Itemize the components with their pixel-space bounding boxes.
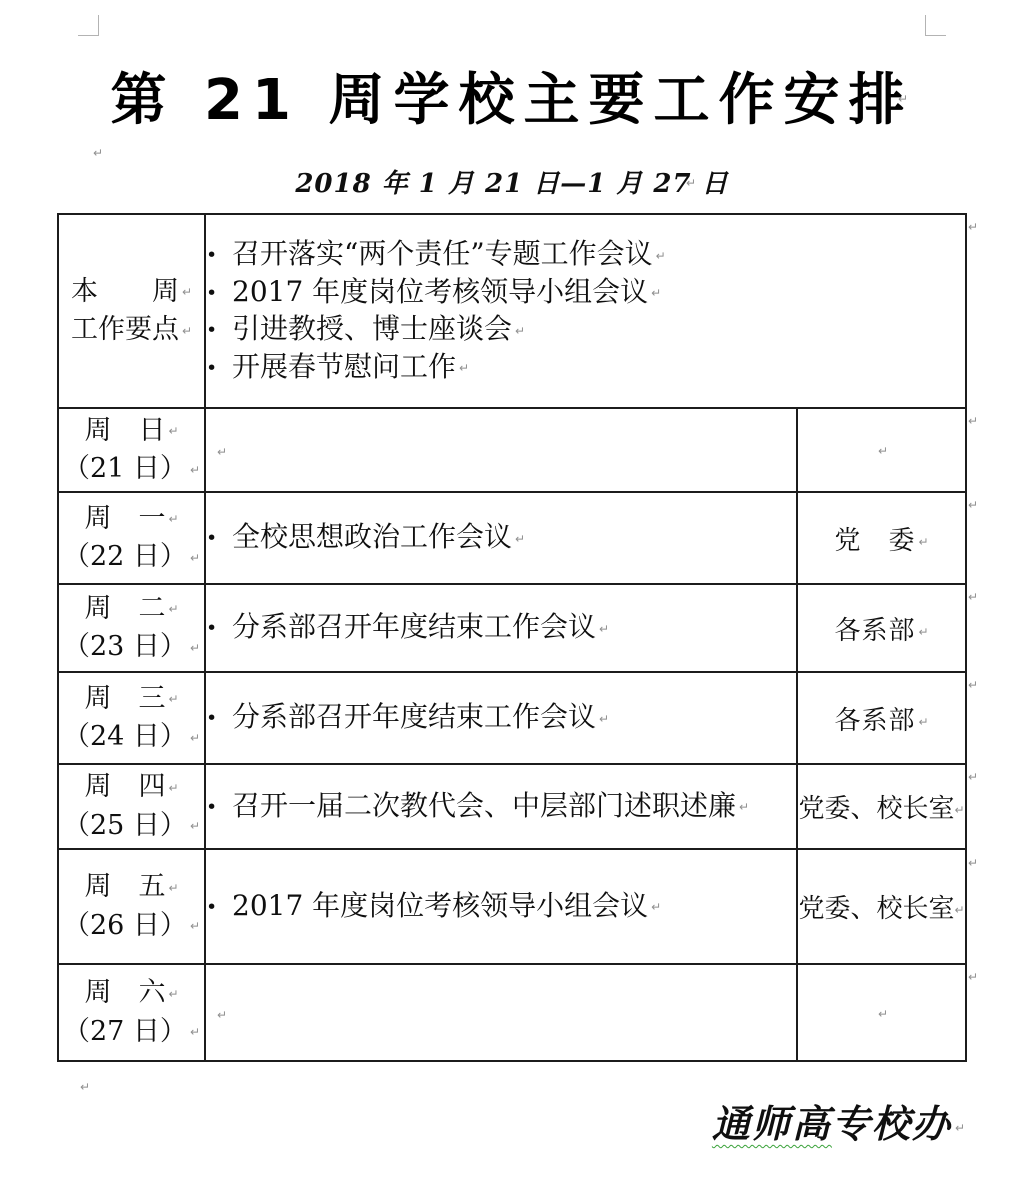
- bullet-icon: •: [206, 350, 232, 386]
- page-title: 第 21 周学校主要工作安排: [0, 56, 1024, 136]
- page-margin-mark-top-right: [925, 15, 946, 36]
- paragraph-mark: ↵: [968, 770, 978, 784]
- task-text: 分系部召开年度结束工作会议: [232, 700, 596, 733]
- day-date: （23 日）: [63, 631, 187, 662]
- bullet-icon: •: [206, 698, 232, 738]
- day-name: 周 二: [84, 593, 165, 624]
- paragraph-mark: ↵: [168, 512, 178, 526]
- paragraph-mark: ↵: [878, 1007, 888, 1021]
- paragraph-mark: ↵: [686, 176, 696, 190]
- day-label-cell: 周 六↵ （27 日）↵: [58, 964, 205, 1061]
- summary-label-cell: 本 周↵ 工作要点↵: [58, 214, 205, 408]
- paragraph-mark: ↵: [459, 361, 469, 375]
- paragraph-mark: ↵: [182, 285, 192, 299]
- day-label-cell: 周 一↵ （22 日）↵: [58, 492, 205, 584]
- paragraph-mark: ↵: [954, 803, 964, 817]
- paragraph-mark: ↵: [968, 678, 978, 692]
- paragraph-mark: ↵: [190, 819, 200, 833]
- table-row-friday: 周 五↵ （26 日）↵ •2017 年度岗位考核领导小组会议↵ 党委、校长室↵: [58, 849, 966, 964]
- tasks-cell: ↵: [205, 964, 797, 1061]
- bullet-item: •引进教授、博士座谈会↵: [206, 311, 965, 349]
- paragraph-mark: ↵: [190, 551, 200, 565]
- bullet-icon: •: [206, 312, 232, 348]
- day-name: 周 四: [84, 771, 165, 802]
- day-label-cell: 周 四↵ （25 日）↵: [58, 764, 205, 849]
- issuing-office-signature: 通师高专校办↵: [712, 1093, 965, 1148]
- owner-cell: 党 委↵: [797, 492, 966, 584]
- owner-cell: ↵: [797, 408, 966, 492]
- bullet-item: •开展春节慰问工作↵: [206, 349, 965, 387]
- owner-text: 党委、校长室: [798, 794, 954, 824]
- paragraph-mark: ↵: [968, 414, 978, 428]
- page-margin-mark-top-left: [78, 15, 99, 36]
- day-label-cell: 周 二↵ （23 日）↵: [58, 584, 205, 672]
- tasks-cell: •2017 年度岗位考核领导小组会议↵: [205, 849, 797, 964]
- day-name: 周 六: [84, 977, 165, 1008]
- paragraph-mark: ↵: [93, 146, 103, 160]
- bullet-icon: •: [206, 518, 232, 558]
- paragraph-mark: ↵: [898, 92, 908, 106]
- owner-text: 党 委: [834, 526, 915, 556]
- paragraph-mark: ↵: [80, 1080, 90, 1094]
- bullet-item: •召开一届二次教代会、中层部门述职述廉↵: [206, 786, 796, 828]
- paragraph-mark: ↵: [217, 1008, 227, 1022]
- table-row-saturday: 周 六↵ （27 日）↵ ↵ ↵: [58, 964, 966, 1061]
- bullet-item: •全校思想政治工作会议↵: [206, 517, 796, 559]
- day-name: 周 三: [84, 683, 165, 714]
- tasks-cell: •分系部召开年度结束工作会议↵: [205, 584, 797, 672]
- task-text: 召开落实“两个责任”专题工作会议: [232, 237, 653, 270]
- paragraph-mark: ↵: [190, 641, 200, 655]
- day-label-cell: 周 五↵ （26 日）↵: [58, 849, 205, 964]
- paragraph-mark: ↵: [968, 590, 978, 604]
- bullet-icon: •: [206, 608, 232, 648]
- table-row-summary: 本 周↵ 工作要点↵ •召开落实“两个责任”专题工作会议↵ •2017 年度岗位…: [58, 214, 966, 408]
- tasks-cell: •分系部召开年度结束工作会议↵: [205, 672, 797, 764]
- bullet-icon: •: [206, 237, 232, 273]
- summary-label-line2: 工作要点: [71, 314, 179, 345]
- paragraph-mark: ↵: [168, 424, 178, 438]
- day-date: （27 日）: [63, 1016, 187, 1047]
- paragraph-mark: ↵: [168, 692, 178, 706]
- task-text: 2017 年度岗位考核领导小组会议: [232, 889, 648, 922]
- bullet-item: •2017 年度岗位考核领导小组会议↵: [206, 274, 965, 312]
- owner-cell: 各系部↵: [797, 584, 966, 672]
- schedule-table: 本 周↵ 工作要点↵ •召开落实“两个责任”专题工作会议↵ •2017 年度岗位…: [57, 213, 967, 1062]
- paragraph-mark: ↵: [739, 800, 749, 814]
- paragraph-mark: ↵: [168, 602, 178, 616]
- tasks-cell: •召开一届二次教代会、中层部门述职述廉↵: [205, 764, 797, 849]
- day-date: （21 日）: [63, 453, 187, 484]
- task-text: 分系部召开年度结束工作会议: [232, 610, 596, 643]
- paragraph-mark: ↵: [515, 532, 525, 546]
- bullet-item: •分系部召开年度结束工作会议↵: [206, 697, 796, 739]
- table-row-sunday: 周 日↵ （21 日）↵ ↵ ↵: [58, 408, 966, 492]
- paragraph-mark: ↵: [918, 535, 928, 549]
- bullet-item: •分系部召开年度结束工作会议↵: [206, 607, 796, 649]
- paragraph-mark: ↵: [651, 286, 661, 300]
- day-label-cell: 周 三↵ （24 日）↵: [58, 672, 205, 764]
- day-date: （22 日）: [63, 541, 187, 572]
- signature-rest-part: 专校办: [832, 1101, 952, 1146]
- paragraph-mark: ↵: [968, 220, 978, 234]
- bullet-icon: •: [206, 887, 232, 927]
- tasks-cell: •全校思想政治工作会议↵: [205, 492, 797, 584]
- task-text: 全校思想政治工作会议: [232, 520, 512, 553]
- paragraph-mark: ↵: [182, 324, 192, 338]
- owner-text: 各系部: [834, 706, 915, 736]
- owner-cell: 党委、校长室↵: [797, 849, 966, 964]
- day-date: （25 日）: [63, 810, 187, 841]
- day-date: （24 日）: [63, 721, 187, 752]
- paragraph-mark: ↵: [190, 463, 200, 477]
- table-row-tuesday: 周 二↵ （23 日）↵ •分系部召开年度结束工作会议↵ 各系部↵: [58, 584, 966, 672]
- paragraph-mark: ↵: [954, 903, 964, 917]
- bullet-item: •2017 年度岗位考核领导小组会议↵: [206, 886, 796, 928]
- summary-label-line1: 本 周: [71, 276, 179, 307]
- paragraph-mark: ↵: [656, 249, 666, 263]
- owner-text: 党委、校长室: [798, 894, 954, 924]
- paragraph-mark: ↵: [878, 444, 888, 458]
- paragraph-mark: ↵: [918, 715, 928, 729]
- day-name: 周 五: [84, 871, 165, 902]
- owner-cell: ↵: [797, 964, 966, 1061]
- paragraph-mark: ↵: [168, 881, 178, 895]
- paragraph-mark: ↵: [599, 712, 609, 726]
- bullet-icon: •: [206, 275, 232, 311]
- tasks-cell: ↵: [205, 408, 797, 492]
- day-name: 周 日: [84, 415, 165, 446]
- paragraph-mark: ↵: [515, 324, 525, 338]
- day-label-cell: 周 日↵ （21 日）↵: [58, 408, 205, 492]
- signature-underlined-part: 通师高: [712, 1101, 832, 1146]
- owner-cell: 各系部↵: [797, 672, 966, 764]
- paragraph-mark: ↵: [190, 1025, 200, 1039]
- paragraph-mark: ↵: [168, 781, 178, 795]
- task-text: 召开一届二次教代会、中层部门述职述廉: [232, 789, 736, 822]
- table-row-monday: 周 一↵ （22 日）↵ •全校思想政治工作会议↵ 党 委↵: [58, 492, 966, 584]
- task-text: 2017 年度岗位考核领导小组会议: [232, 275, 648, 308]
- day-date: （26 日）: [63, 910, 187, 941]
- date-range: 2018 年 1 月 21 日—1 月 27 日: [0, 163, 1024, 200]
- task-text: 引进教授、博士座谈会: [232, 312, 512, 345]
- paragraph-mark: ↵: [190, 919, 200, 933]
- paragraph-mark: ↵: [968, 970, 978, 984]
- paragraph-mark: ↵: [968, 498, 978, 512]
- paragraph-mark: ↵: [651, 900, 661, 914]
- owner-cell: 党委、校长室↵: [797, 764, 966, 849]
- paragraph-mark: ↵: [168, 987, 178, 1001]
- paragraph-mark: ↵: [599, 622, 609, 636]
- task-text: 开展春节慰问工作: [232, 350, 456, 383]
- table-row-thursday: 周 四↵ （25 日）↵ •召开一届二次教代会、中层部门述职述廉↵ 党委、校长室…: [58, 764, 966, 849]
- paragraph-mark: ↵: [968, 856, 978, 870]
- table-row-wednesday: 周 三↵ （24 日）↵ •分系部召开年度结束工作会议↵ 各系部↵: [58, 672, 966, 764]
- paragraph-mark: ↵: [217, 445, 227, 459]
- paragraph-mark: ↵: [955, 1121, 965, 1135]
- bullet-item: •召开落实“两个责任”专题工作会议↵: [206, 236, 965, 274]
- paragraph-mark: ↵: [190, 731, 200, 745]
- owner-text: 各系部: [834, 616, 915, 646]
- day-name: 周 一: [84, 503, 165, 534]
- bullet-icon: •: [206, 787, 232, 827]
- paragraph-mark: ↵: [918, 625, 928, 639]
- summary-tasks-cell: •召开落实“两个责任”专题工作会议↵ •2017 年度岗位考核领导小组会议↵ •…: [205, 214, 966, 408]
- document-page: 第 21 周学校主要工作安排 2018 年 1 月 21 日—1 月 27 日 …: [0, 0, 1024, 1188]
